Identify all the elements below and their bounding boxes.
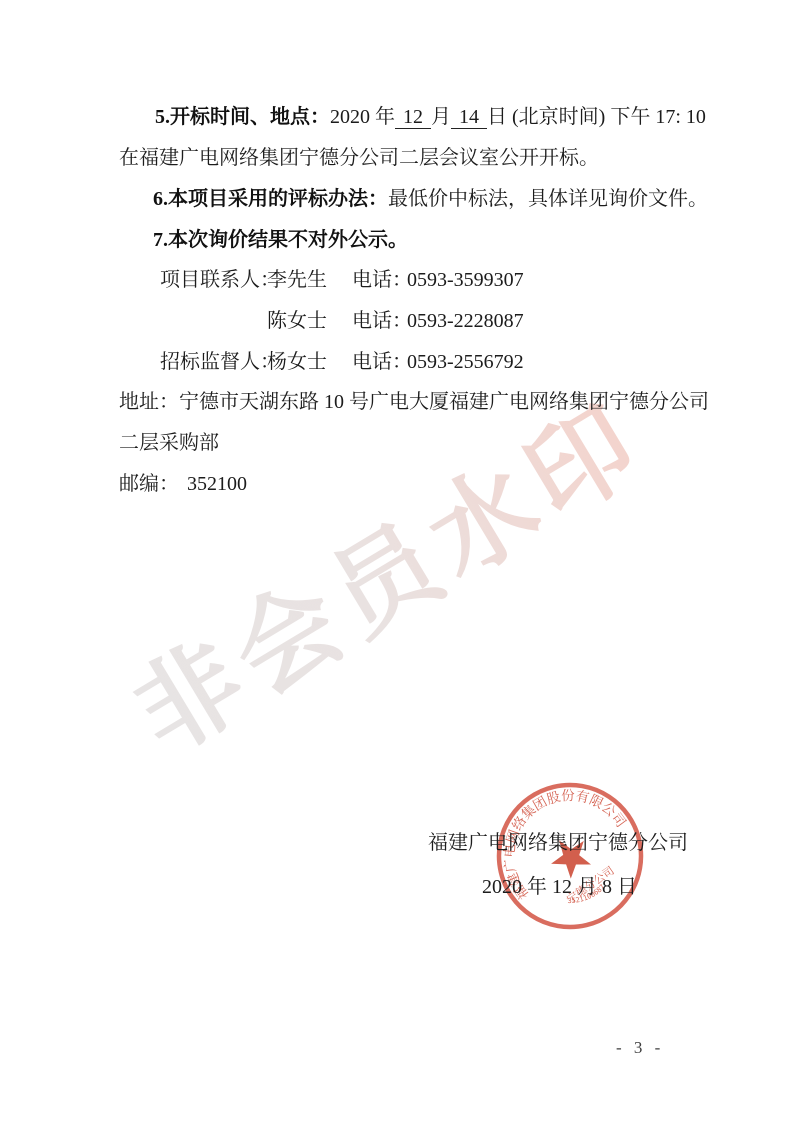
item5-day-underlined: 14 [451,106,487,129]
contact1-phone: 0593-3599307 [407,268,524,292]
item5-pre: 2020 年 [330,106,395,128]
item6-text: 最低价中标法，具体详见询价文件。 [388,188,708,210]
address-line1: 地址：宁德市天湖东路 10 号广电大厦福建广电网络集团宁德分公司 [119,390,709,414]
postcode-label: 邮编： [119,473,179,495]
item5-line2: 在福建广电网络集团宁德分公司二层会议室公开开标。 [119,146,599,170]
item5-month-underlined: 12 [395,106,431,129]
contact-row-2: 陈女士 电话： 0593-2228087 [0,309,793,335]
watermark-text: 非会员水印 [102,359,668,781]
item6-label: 6.本项目采用的评标办法： [153,188,388,210]
postcode-line: 邮编：352100 [119,472,247,496]
contact2-phone-label: 电话： [352,309,412,333]
contact3-phone: 0593-2556792 [407,350,524,374]
contact-row-3: 招标监督人： 杨女士 电话： 0593-2556792 [0,350,793,376]
contact3-name: 杨女士 [267,350,327,374]
item6-line: 6.本项目采用的评标办法：最低价中标法，具体详见询价文件。 [153,187,708,211]
postcode-value: 352100 [179,473,247,495]
page-number: - 3 - [616,1038,664,1058]
item7-line: 7.本次询价结果不对外公示。 [153,228,408,252]
signature-company: 福建广电网络集团宁德分公司 [428,831,688,855]
contact3-role: 招标监督人： [160,350,280,374]
contact2-phone: 0593-2228087 [407,309,524,333]
official-seal: 福建广电网络集团股份有限公司 宁德分公司 3521100687 [452,738,689,975]
item5-mid: 月 [431,106,451,128]
contact1-role: 项目联系人： [160,268,280,292]
item5-line1: 5.开标时间、地点：2020 年12月14日 (北京时间) 下午 17: 10 [155,105,706,129]
item5-post: 日 (北京时间) 下午 17: 10 [487,106,706,128]
document-page: 非会员水印 福建广电网络集团股份有限公司 宁德分公司 3521100687 5.… [0,0,793,1121]
contact1-name: 李先生 [267,268,327,292]
signature-date: 2020 年 12 月 8 日 [482,875,637,899]
address-text: 宁德市天湖东路 10 号广电大厦福建广电网络集团宁德分公司 [179,391,709,413]
item5-label: 5.开标时间、地点： [155,106,330,128]
address-label: 地址： [119,391,179,413]
address-line2: 二层采购部 [119,431,219,455]
contact3-phone-label: 电话： [352,350,412,374]
contact1-phone-label: 电话： [352,268,412,292]
contact-row-1: 项目联系人： 李先生 电话： 0593-3599307 [0,268,793,294]
contact2-name: 陈女士 [267,309,327,333]
